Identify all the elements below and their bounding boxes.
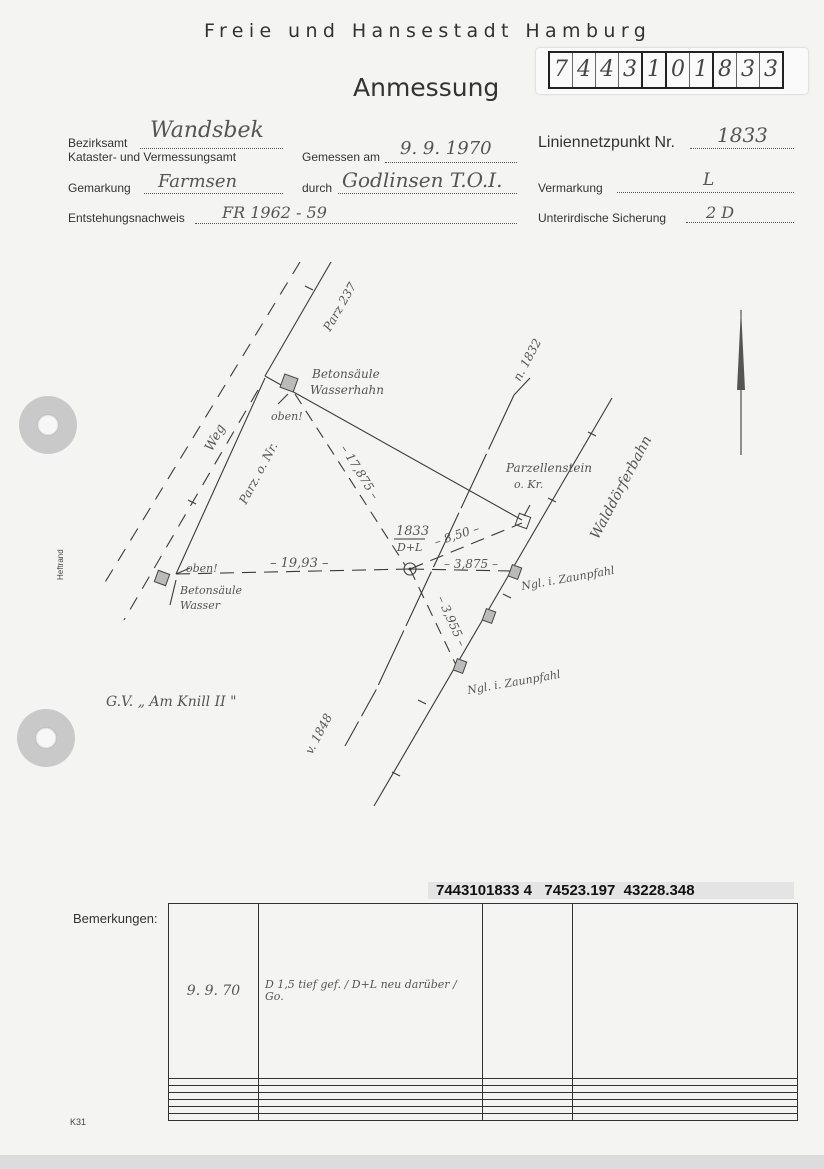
stone-arrow (524, 505, 530, 516)
remarks-label: Bemerkungen: (73, 911, 158, 926)
remarks-cell (259, 1107, 483, 1114)
remarks-cell (259, 1086, 483, 1093)
remarks-cell (259, 1100, 483, 1107)
form-code: K31 (70, 1117, 86, 1127)
label-betonsaeule-1: Betonsäule (311, 367, 380, 381)
label-point-number: 1833 (396, 524, 429, 539)
oben-arrow-1 (278, 394, 288, 404)
boundary-to-stone (265, 376, 522, 520)
remarks-cell (169, 1107, 259, 1114)
label-oben-1: oben! (271, 410, 303, 423)
nagel-symbol-2 (453, 659, 467, 674)
remarks-cell (573, 1100, 798, 1107)
remarks-text-cell: D 1,5 tief gef. / D+L neu darüber / Go. (259, 904, 483, 1079)
label-parz-o-nr: Parz. o. Nr. (236, 440, 281, 507)
label-oben-2: oben! (186, 562, 218, 575)
label-nagel-1: Ngl. i. Zaunpfahl (519, 564, 616, 593)
parzellenstein-symbol (515, 513, 530, 528)
remarks-cell (169, 1093, 259, 1100)
remarks-cell (259, 1114, 483, 1121)
survey-sketch: Parz 237 Betonsäule Wasserhahn oben! Weg… (0, 0, 824, 900)
label-dist-3955: – 3,955 – (434, 594, 469, 649)
label-o-kr: o. Kr. (514, 478, 543, 491)
label-n-1832: n. 1832 (510, 336, 544, 383)
remarks-cell (259, 1079, 483, 1086)
remarks-cell (483, 1086, 573, 1093)
coordinates-label: 7443101833 4 74523.197 43228.348 (428, 882, 794, 899)
table-row (169, 1086, 798, 1093)
boundary-tick (170, 580, 176, 605)
nagel-symbol-1 (508, 565, 522, 580)
label-dist-850: – 8,50 – (433, 521, 481, 549)
label-parz-237: Parz 237 (320, 280, 360, 334)
remarks-cell (573, 904, 798, 1079)
remarks-cell (483, 1107, 573, 1114)
remarks-cell (573, 1079, 798, 1086)
remarks-cell (573, 1107, 798, 1114)
label-nagel-2: Ngl. i. Zaunpfahl (465, 668, 562, 697)
line-1848-end (345, 690, 376, 746)
label-wasserhahn: Wasserhahn (310, 383, 384, 397)
remarks-table: 9. 9. 70 D 1,5 tief gef. / D+L neu darüb… (168, 903, 798, 1121)
table-row (169, 1093, 798, 1100)
label-point-marker: D+L (396, 541, 422, 554)
remarks-cell (573, 1086, 798, 1093)
remarks-cell (483, 1114, 573, 1121)
table-row (169, 1107, 798, 1114)
label-betonsaeule-2: Betonsäule (179, 584, 243, 597)
label-dist-1993: – 19,93 – (270, 556, 329, 571)
label-dist-3875: – 3,875 – (444, 557, 498, 571)
remarks-cell (259, 1093, 483, 1100)
table-row (169, 1079, 798, 1086)
remarks-cell (483, 1093, 573, 1100)
label-parzellenstein: Parzellenstein (505, 461, 592, 475)
label-v-1848: v. 1848 (302, 711, 335, 756)
remarks-cell (573, 1093, 798, 1100)
fence-symbol (482, 609, 496, 624)
boundary-line (265, 262, 331, 376)
remarks-cell (483, 1079, 573, 1086)
remarks-cell (169, 1114, 259, 1121)
label-dist-17875: – 17,875 – (337, 442, 382, 502)
label-gv-am-knill: G.V. „ Am Knill II " (106, 694, 237, 710)
scan-edge (0, 1155, 824, 1169)
remarks-cell (573, 1114, 798, 1121)
wasserhahn-symbol (280, 374, 298, 392)
label-wasser: Wasser (180, 599, 221, 612)
label-walddoerferbahn: Walddörferbahn (587, 433, 655, 542)
remarks-cell (483, 904, 573, 1079)
table-row (169, 1114, 798, 1121)
remarks-cell (169, 1079, 259, 1086)
remarks-date-cell: 9. 9. 70 (169, 904, 259, 1079)
remarks-cell (483, 1100, 573, 1107)
table-row: 9. 9. 70 D 1,5 tief gef. / D+L neu darüb… (169, 904, 798, 1079)
wasser-symbol (154, 570, 169, 585)
remarks-cell (169, 1086, 259, 1093)
weg-outer-line (104, 262, 300, 584)
label-weg: Weg (202, 422, 229, 454)
table-row (169, 1100, 798, 1107)
measure-17875 (295, 394, 405, 565)
north-arrow-icon (737, 308, 745, 390)
remarks-cell (169, 1100, 259, 1107)
railway-boundary (374, 398, 612, 806)
